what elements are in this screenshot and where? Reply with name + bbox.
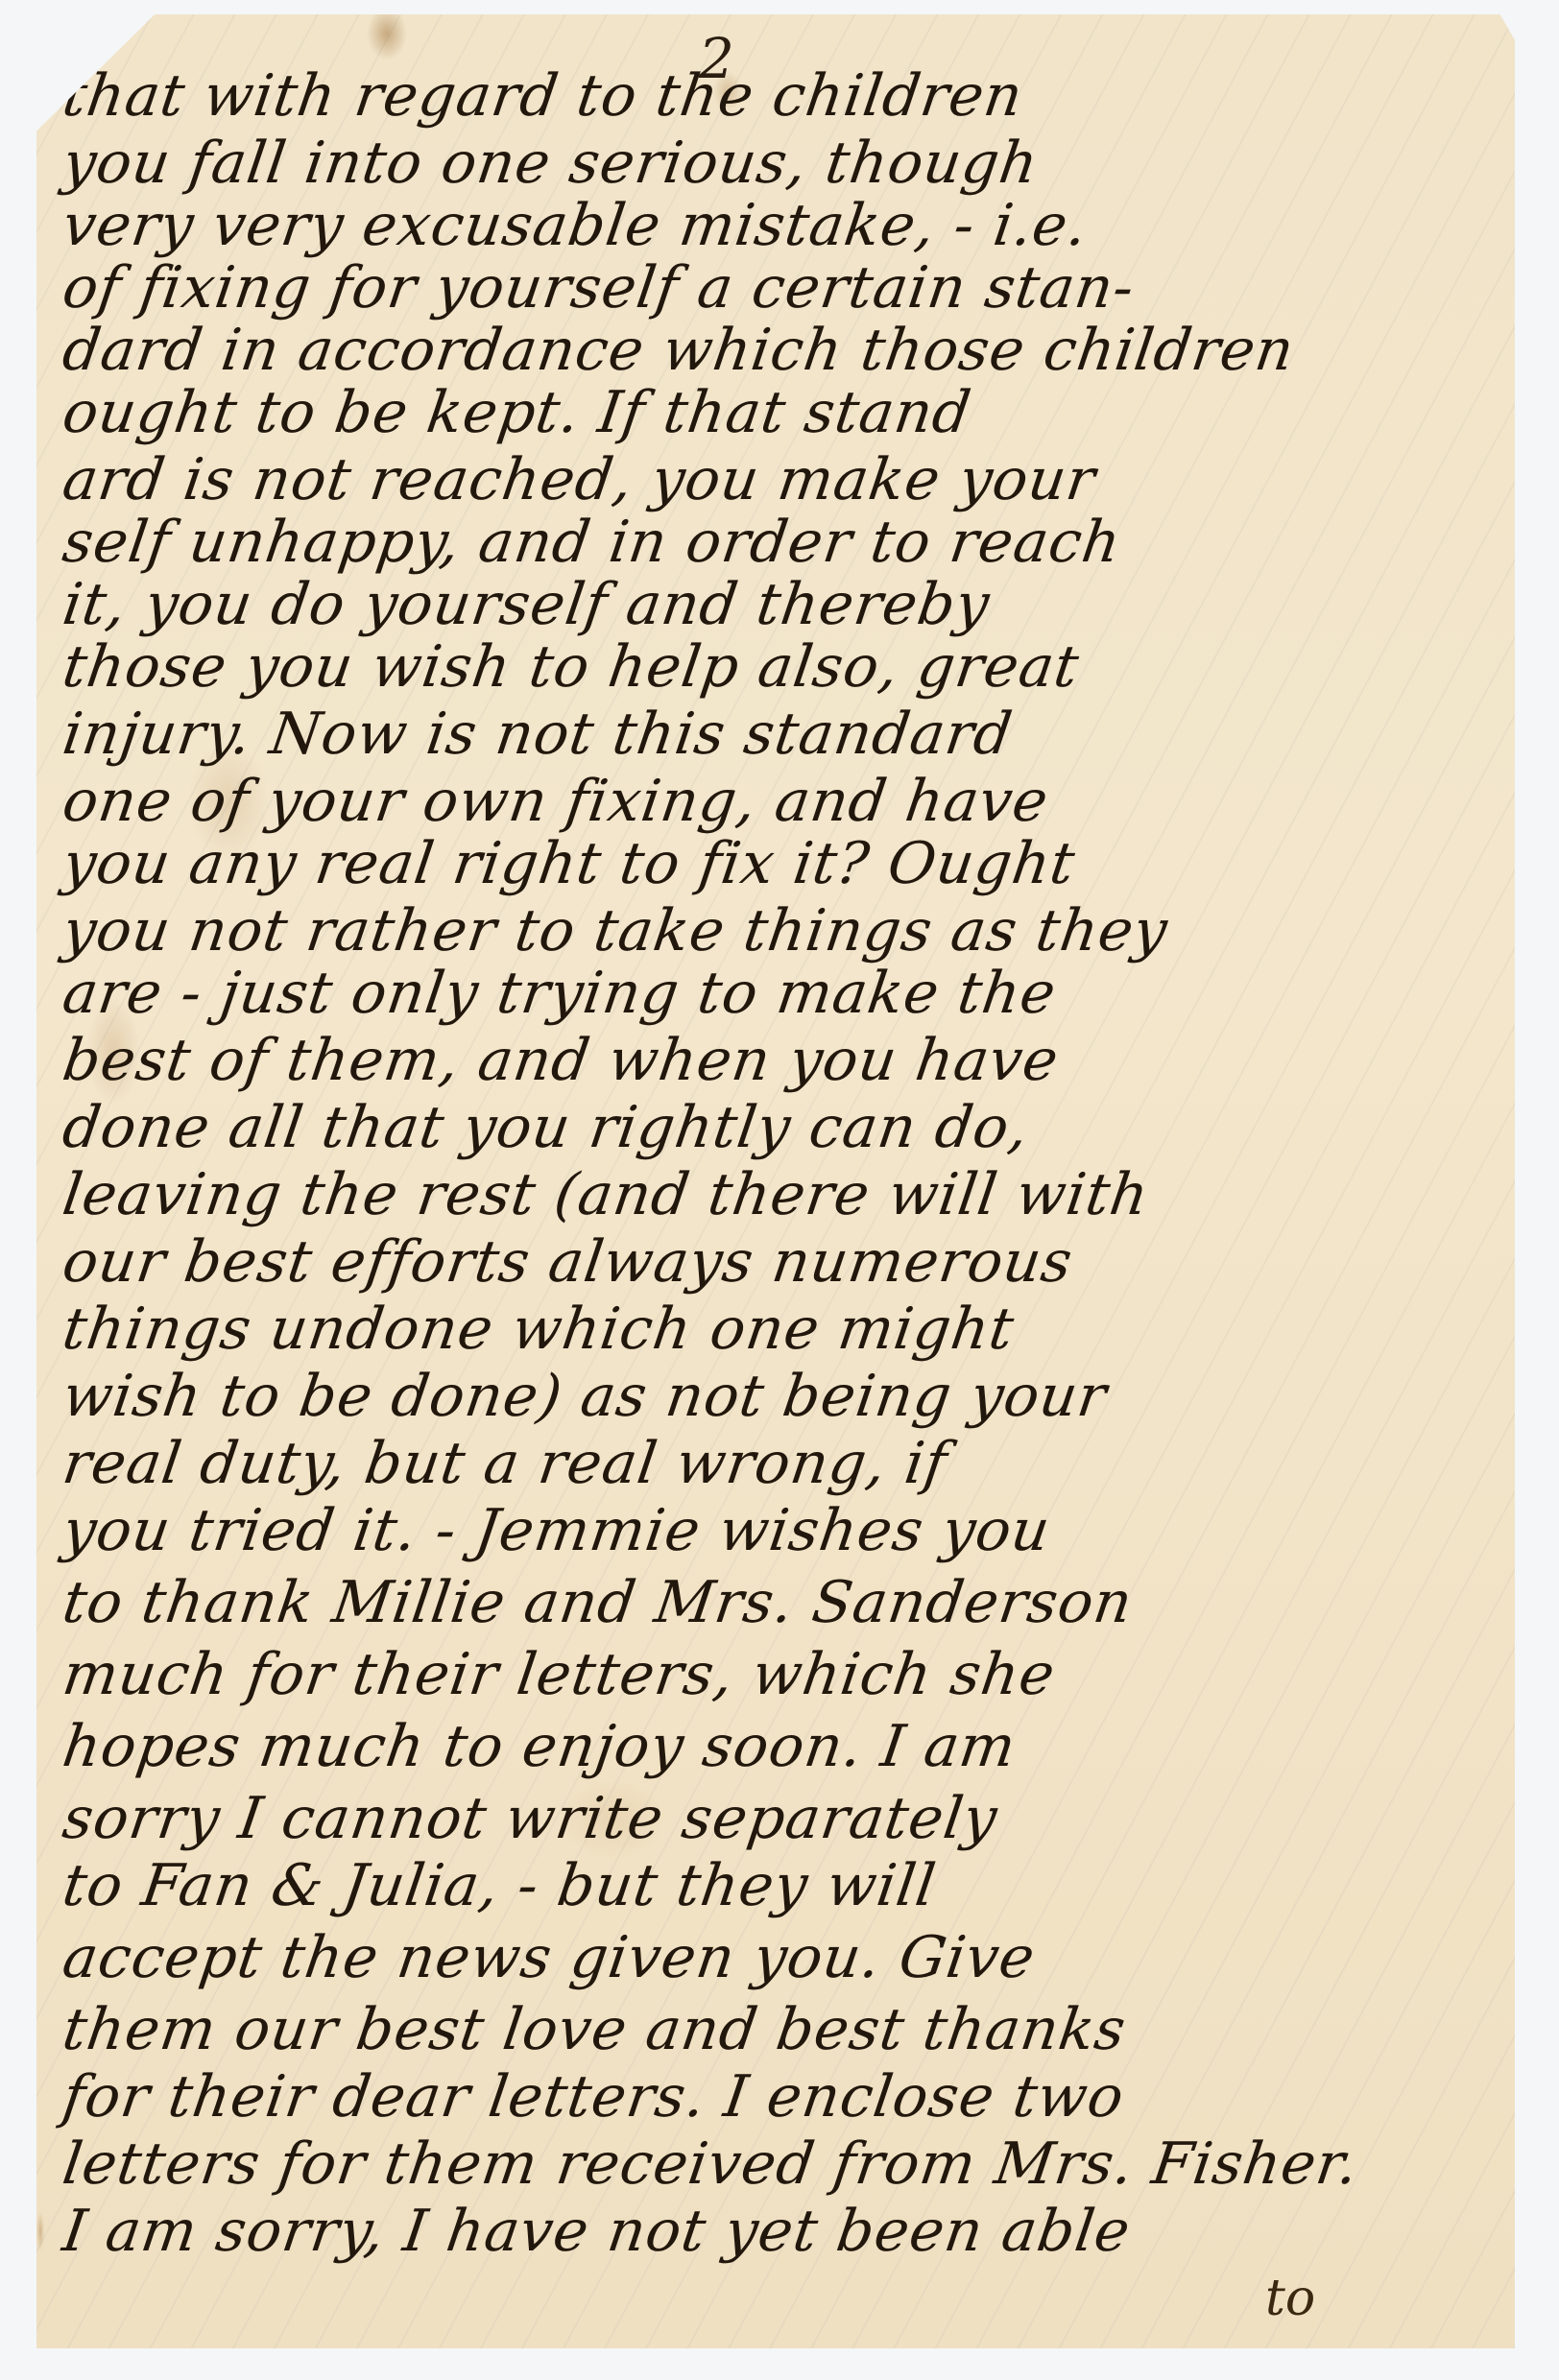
text-line: to Fan & Julia, - but they will bbox=[60, 1857, 1509, 1915]
text-line: letters for them received from Mrs. Fish… bbox=[60, 2135, 1509, 2193]
text-line: you not rather to take things as they bbox=[60, 902, 1509, 960]
text-line: things undone which one might bbox=[60, 1300, 1509, 1358]
catchword: to bbox=[1265, 2270, 1315, 2327]
text-line: dard in accordance which those children bbox=[60, 321, 1509, 379]
text-line: that with regard to the children bbox=[60, 67, 1509, 125]
letter-page: 2 that with regard to the children you f… bbox=[36, 14, 1515, 2348]
text-line: it, you do yourself and thereby bbox=[60, 576, 1509, 633]
text-line: our best efforts always numerous bbox=[60, 1233, 1509, 1291]
text-line: accept the news given you. Give bbox=[60, 1929, 1509, 1987]
text-line: very very excusable mistake, - i.e. bbox=[60, 197, 1509, 254]
text-line: to thank Millie and Mrs. Sanderson bbox=[60, 1574, 1509, 1631]
text-line: wish to be done) as not being your bbox=[60, 1368, 1509, 1425]
text-line: those you wish to help also, great bbox=[60, 638, 1509, 696]
text-line: best of them, and when you have bbox=[60, 1032, 1509, 1089]
letter-body: that with regard to the children you fal… bbox=[36, 14, 1515, 2348]
text-line: sorry I cannot write separately bbox=[60, 1790, 1509, 1847]
text-line: self unhappy, and in order to reach bbox=[60, 513, 1509, 571]
text-line: are - just only trying to make the bbox=[60, 964, 1509, 1022]
text-line: much for their letters, which she bbox=[60, 1646, 1509, 1703]
text-line: you tried it. - Jemmie wishes you bbox=[60, 1502, 1509, 1559]
text-line: them our best love and best thanks bbox=[60, 2001, 1509, 2059]
text-line: ought to be kept. If that stand bbox=[60, 384, 1509, 441]
text-line: ard is not reached, you make your bbox=[60, 451, 1509, 509]
text-line: you any real right to fix it? Ought bbox=[60, 835, 1509, 892]
text-line: leaving the rest (and there will with bbox=[60, 1166, 1509, 1224]
text-line: real duty, but a real wrong, if bbox=[60, 1435, 1509, 1492]
text-line: injury. Now is not this standard bbox=[60, 705, 1509, 763]
text-line: you fall into one serious, though bbox=[60, 134, 1509, 192]
text-line: of fixing for yourself a certain stan- bbox=[60, 259, 1509, 317]
text-line: done all that you rightly can do, bbox=[60, 1099, 1509, 1156]
text-line: hopes much to enjoy soon. I am bbox=[60, 1718, 1509, 1775]
text-line: I am sorry, I have not yet been able bbox=[60, 2202, 1509, 2260]
text-line: for their dear letters. I enclose two bbox=[60, 2068, 1509, 2126]
text-line: one of your own fixing, and have bbox=[60, 773, 1509, 830]
